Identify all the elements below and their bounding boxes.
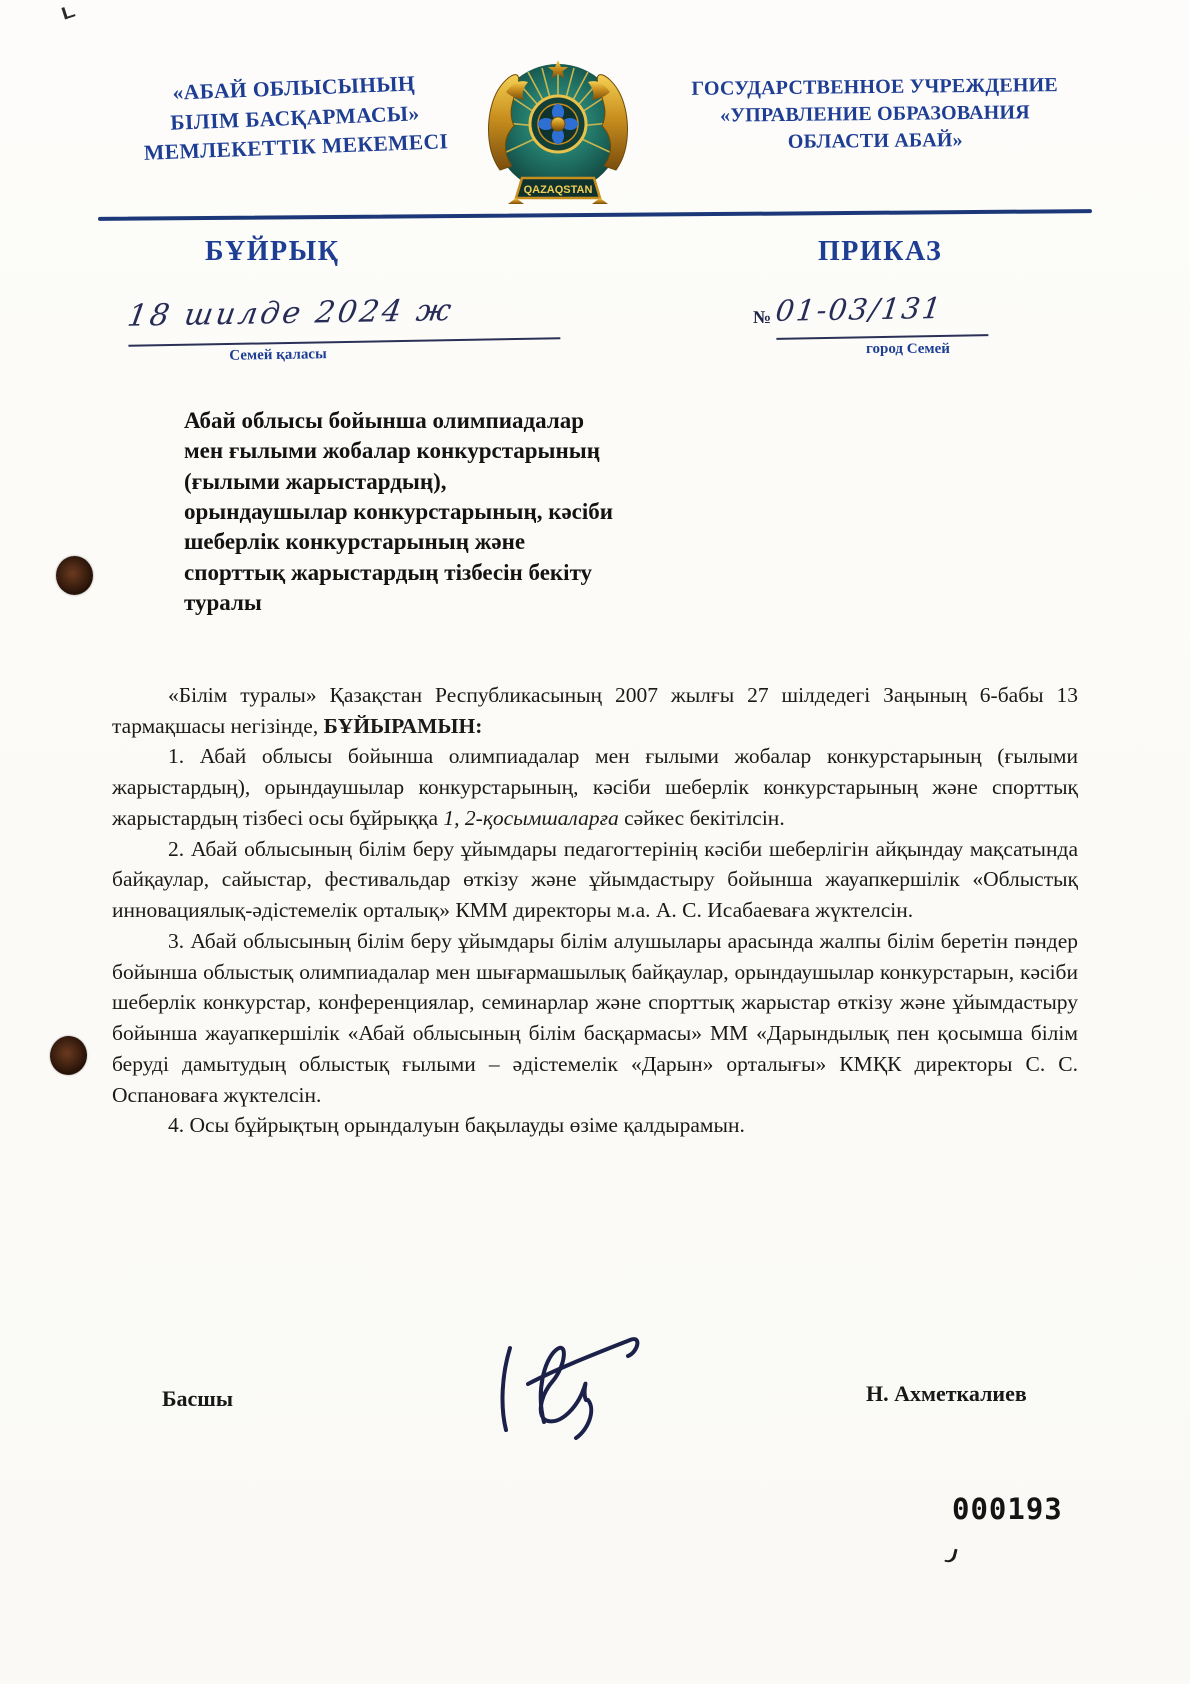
- order-item-1: 1. Абай облысы бойынша олимпиадалар мен …: [112, 741, 1078, 833]
- page-number-stamp: 000193: [952, 1492, 1063, 1526]
- title-line: Абай облысы бойынша олимпиадалар: [184, 406, 684, 436]
- intro-text: «Білім туралы» Қазақстан Республикасының…: [112, 683, 1078, 738]
- order-heading-kazakh: БҰЙРЫҚ: [205, 236, 339, 268]
- handwritten-signature: [492, 1326, 672, 1441]
- signer-role: Басшы: [162, 1386, 233, 1412]
- document-body: «Білім туралы» Қазақстан Республикасының…: [112, 680, 1078, 1141]
- title-line: спорттық жарыстардың тізбесін бекіту: [184, 558, 684, 588]
- signer-name: Н. Ахметкалиев: [866, 1381, 1027, 1407]
- scan-artifact: [61, 5, 75, 20]
- org-name-kazakh: «АБАЙ ОБЛЫСЫНЫҢ БІЛІМ БАСҚАРМАСЫ» МЕМЛЕК…: [102, 67, 487, 171]
- handwritten-date: 18 шилде 2024 ж: [125, 291, 562, 334]
- intro-paragraph: «Білім туралы» Қазақстан Республикасының…: [112, 680, 1078, 741]
- org-name-russian-line: ОБЛАСТИ АБАЙ»: [660, 126, 1090, 158]
- org-name-russian: ГОСУДАРСТВЕННОЕ УЧРЕЖДЕНИЕ «УПРАВЛЕНИЕ О…: [660, 72, 1091, 157]
- title-line: туралы: [184, 588, 684, 618]
- order-item-4: 4. Осы бұйрықтың орындалуын бақылауды өз…: [112, 1110, 1078, 1141]
- number-sign: №: [753, 307, 771, 328]
- place-label-kazakh: Семей қаласы: [188, 345, 368, 365]
- punch-hole: [47, 1034, 89, 1078]
- title-line: (ғылыми жарыстардың),: [184, 467, 684, 497]
- kazakhstan-coat-of-arms-icon: QAZAQSTAN: [478, 52, 638, 212]
- scanned-document-page: «АБАЙ ОБЛЫСЫНЫҢ БІЛІМ БАСҚАРМАСЫ» МЕМЛЕК…: [0, 0, 1190, 1684]
- org-name-russian-line: «УПРАВЛЕНИЕ ОБРАЗОВАНИЯ: [660, 99, 1090, 131]
- handwritten-number: 01-03/131: [774, 290, 990, 328]
- order-item-3: 3. Абай облысының білім беру ұйымдары бі…: [112, 926, 1078, 1110]
- place-label-russian: город Семей: [838, 341, 978, 358]
- title-line: орындаушылар конкурстарының, кәсіби: [184, 497, 684, 527]
- number-field: 01-03/131: [776, 290, 989, 340]
- document-title: Абай облысы бойынша олимпиадалар мен ғыл…: [184, 406, 684, 619]
- date-field: 18 шилде 2024 ж: [128, 291, 561, 347]
- title-line: шеберлік конкурстарының және: [184, 527, 684, 557]
- emblem-banner-text: QAZAQSTAN: [524, 184, 593, 196]
- pen-mark-artifact: [944, 1547, 957, 1564]
- order-heading-russian: ПРИКАЗ: [818, 236, 942, 268]
- intro-directive: БҰЙЫРАМЫН:: [324, 714, 483, 738]
- punch-hole: [56, 556, 93, 595]
- title-line: мен ғылыми жобалар конкурстарының: [184, 436, 684, 466]
- order-item-2: 2. Абай облысының білім беру ұйымдары пе…: [112, 834, 1078, 926]
- item1-text-end: сәйкес бекітілсін.: [619, 806, 785, 830]
- item1-annex-ref: 1, 2-қосымшаларға: [443, 806, 618, 830]
